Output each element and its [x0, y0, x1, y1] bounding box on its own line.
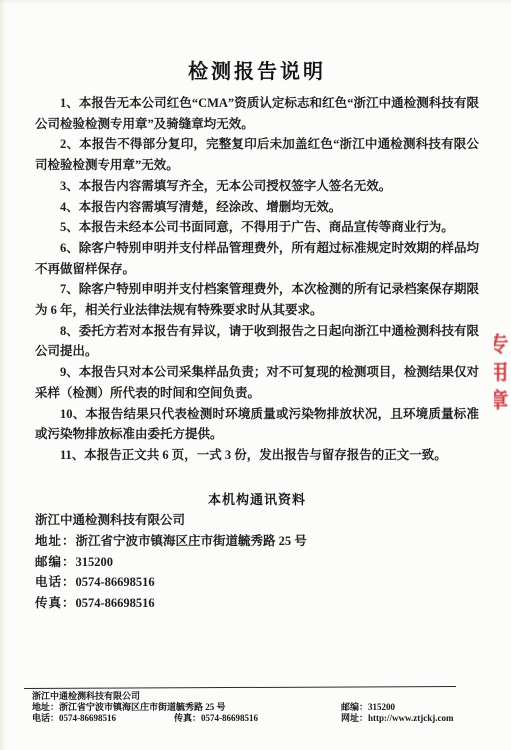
contact-address: 地址：浙江省宁波市镇海区庄市街道毓秀路 25 号 [35, 531, 479, 552]
footer-company: 浙江中通检测科技有限公司 [32, 691, 258, 702]
red-seal-fragment: 检验检测专用章 [494, 333, 511, 453]
report-note-item-9: 9、本报告只对本公司采集样品负责；对不可复现的检测项目，检测结果仅对采样（检测）… [35, 362, 479, 403]
report-note-item-10: 10、本报告结果只代表检测时环境质量或污染物排放状况，且环境质量标准或污染物排放… [35, 404, 479, 445]
report-note-item-5: 5、本报告未经本公司书面同意，不得用于广告、商品宣传等商业行为。 [35, 217, 479, 238]
contact-section: 本机构通讯资料 浙江中通检测科技有限公司 地址：浙江省宁波市镇海区庄市街道毓秀路… [35, 490, 479, 614]
contact-company: 浙江中通检测科技有限公司 [35, 510, 479, 531]
report-note-item-3: 3、本报告内容需填写齐全，无本公司授权签字人签名无效。 [35, 176, 479, 197]
footer-left-column: 浙江中通检测科技有限公司 地址：浙江省宁波市镇海区庄市街道毓秀路 25 号 电话… [32, 691, 258, 724]
report-note-item-2: 2、本报告不得部分复印，完整复印后未加盖红色“浙江中通检测科技有限公司检验检测专… [35, 134, 479, 175]
contact-heading: 本机构通讯资料 [35, 490, 479, 511]
zip-label: 邮编： [35, 555, 76, 569]
report-note-item-6: 6、除客户特别申明并支付样品管理费外，所有超过标准规定时效期的样品均不再做留样保… [35, 238, 479, 279]
footer-right-column: 邮编：315200 网址：http://www.ztjckj.com [341, 702, 453, 724]
seal-fragment-text: 检验检测专用章 [494, 333, 511, 453]
report-notes-list: 1、本报告无本公司红色“CMA”资质认定标志和红色“浙江中通检测科技有限公司检验… [35, 93, 479, 466]
footer-zip: 邮编：315200 [341, 702, 453, 713]
phone-value: 0574-86698516 [76, 575, 155, 589]
page-title: 检测报告说明 [35, 55, 479, 84]
address-label: 地址： [35, 534, 76, 548]
scanned-report-page: 检测报告说明 1、本报告无本公司红色“CMA”资质认定标志和红色“浙江中通检测科… [0, 0, 511, 750]
footer-phone: 电话：0574-86698516 [32, 713, 116, 723]
fax-value: 0574-86698516 [76, 596, 155, 610]
footer-address: 地址：浙江省宁波市镇海区庄市街道毓秀路 25 号 [32, 702, 258, 713]
report-content: 检测报告说明 1、本报告无本公司红色“CMA”资质认定标志和红色“浙江中通检测科… [35, 55, 479, 614]
footer-divider [24, 686, 456, 689]
contact-zip: 邮编：315200 [35, 552, 479, 573]
phone-label: 电话： [35, 575, 76, 589]
report-note-item-4: 4、本报告内容需填写清楚，经涂改、增删均无效。 [35, 197, 479, 218]
fax-label: 传真： [35, 596, 76, 610]
address-value: 浙江省宁波市镇海区庄市街道毓秀路 25 号 [76, 534, 307, 548]
zip-value: 315200 [76, 555, 114, 569]
contact-phone: 电话：0574-86698516 [35, 572, 479, 593]
report-note-item-11: 11、本报告正文共 6 页，一式 3 份，发出报告与留存报告的正文一致。 [35, 445, 479, 466]
footer-web: 网址：http://www.ztjckj.com [341, 713, 453, 724]
report-note-item-1: 1、本报告无本公司红色“CMA”资质认定标志和红色“浙江中通检测科技有限公司检验… [35, 93, 479, 134]
footer-fax: 传真：0574-86698516 [174, 713, 258, 723]
contact-fax: 传真：0574-86698516 [35, 593, 479, 614]
footer-phone-fax-row: 电话：0574-86698516传真：0574-86698516 [32, 713, 258, 724]
report-note-item-8: 8、委托方若对本报告有异议，请于收到报告之日起向浙江中通检测科技有限公司提出。 [35, 321, 479, 362]
report-note-item-7: 7、除客户特别申明并支付档案管理费外，本次检测的所有记录档案保存期限为 6 年，… [35, 279, 479, 320]
